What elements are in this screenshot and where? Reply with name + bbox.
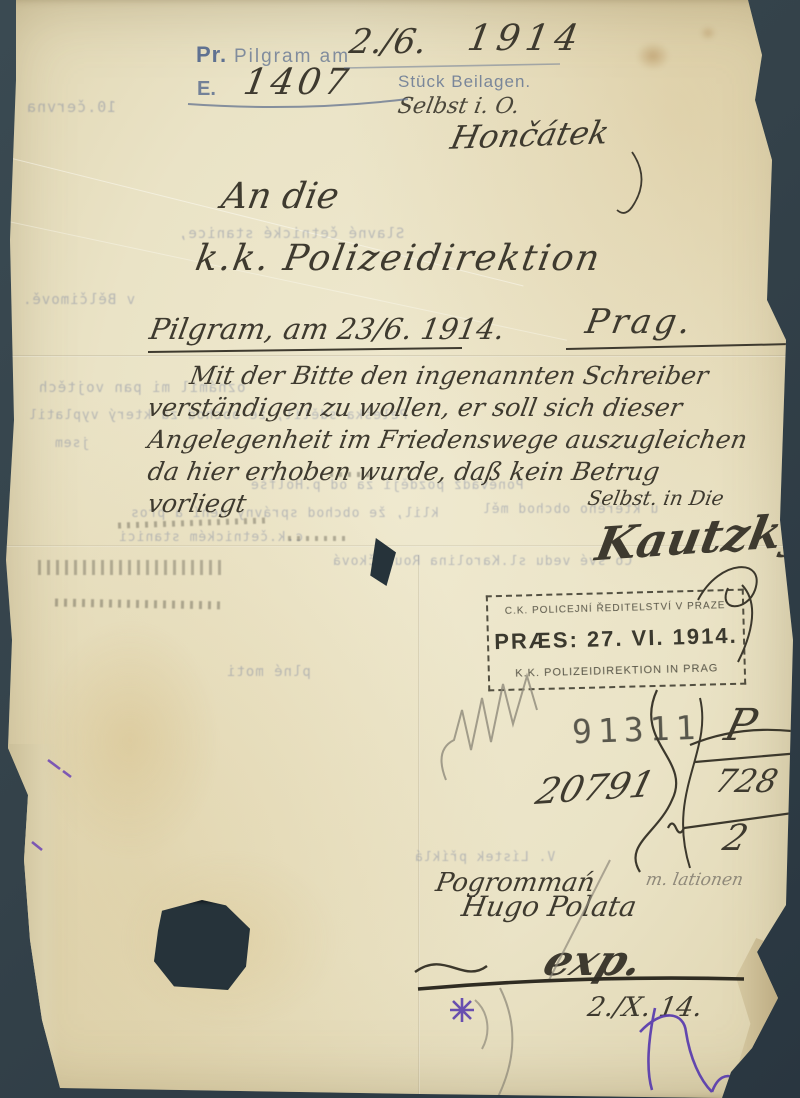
bleedthrough-text: jsem xyxy=(54,436,89,451)
address-line: An die xyxy=(218,176,342,217)
body-line: da hier erhoben wurde, daß kein Betrug xyxy=(145,456,800,488)
dateline-underline xyxy=(148,348,462,352)
handwritten-registry-number: 20791 xyxy=(532,764,659,813)
signature-flourish xyxy=(617,152,642,213)
arrival-stamp-beilagen: Stück Beilagen. xyxy=(398,72,531,92)
ink-smudge xyxy=(38,560,223,575)
handwritten-note: Selbst i. O. xyxy=(396,94,522,119)
bleedthrough-text: plné moti xyxy=(226,664,311,680)
bleedthrough-text: v Bělčimově. xyxy=(22,292,135,308)
arrival-stamp-e: E. xyxy=(197,78,216,101)
body-line: Angelegenheit im Friedenswege auszugleic… xyxy=(145,424,800,456)
address-line: k.k. Polizeidirektion xyxy=(192,238,604,279)
official-name: Hugo Polata xyxy=(459,890,639,923)
police-registry-stamp: C.K. POLICEJNÍ ŘEDITELSTVÍ V PRAZE PRÆS:… xyxy=(486,589,746,692)
torn-edge-right xyxy=(733,938,791,1094)
handwritten-file-number: 1407 xyxy=(240,62,355,103)
stamped-registry-number: 91311 xyxy=(571,708,702,751)
amount-rule xyxy=(695,753,800,762)
handwritten-p-mark: P xyxy=(720,700,762,751)
pencil-curve xyxy=(475,1000,487,1049)
pencil-scribble xyxy=(442,676,538,780)
pencil-curve xyxy=(498,988,512,1097)
ink-smudge xyxy=(55,599,225,610)
bleedthrough-text: c.k.četnickém stanici xyxy=(118,530,303,545)
handwritten-amount: 2 xyxy=(719,818,752,859)
dateline-destination: Prag. xyxy=(582,302,696,342)
paper-stain xyxy=(700,26,716,40)
handwritten-year: 1914 xyxy=(464,18,587,59)
purple-star-mark xyxy=(450,998,474,1022)
scanned-document: 10.červnaSlavné četnické stanice,v Bělči… xyxy=(0,0,800,1098)
dateline-underline xyxy=(566,344,794,349)
fold-crease xyxy=(418,555,420,1098)
clerk-signature: Hončátek xyxy=(447,113,612,156)
bleedthrough-text: V. Lístek příklá xyxy=(414,850,555,865)
paper-stain xyxy=(636,42,670,70)
expedit-mark: exp. xyxy=(537,936,651,985)
expedit-date: 2./X. 14. xyxy=(585,992,705,1023)
body-line: Mit der Bitte den ingenannten Schreiber xyxy=(145,360,800,392)
fold-crease xyxy=(0,355,800,357)
bleedthrough-text: 10.června xyxy=(26,98,116,116)
pencil-side-note: m. lationen xyxy=(644,870,744,890)
body-line: verständigen zu wollen, er soll sich die… xyxy=(145,392,800,424)
stamp-german-line: K.K. POLIZEIDIREKTION IN PRAG xyxy=(515,662,718,679)
stamp-rule-line xyxy=(344,64,560,68)
closing-note: Selbst. in Die xyxy=(586,486,726,510)
paper-stain xyxy=(40,620,220,860)
dateline-place-date: Pilgram, am 23/6. 1914. xyxy=(147,312,507,346)
ink-smudge xyxy=(288,536,350,541)
exp-swash xyxy=(415,964,487,972)
stamp-date-line: PRÆS: 27. VI. 1914. xyxy=(494,623,738,655)
handwritten-amount: 728 xyxy=(711,762,782,800)
handwritten-day: 2./6. xyxy=(346,22,429,62)
stamp-czech-line: C.K. POLICEJNÍ ŘEDITELSTVÍ V PRAZE xyxy=(505,600,726,617)
paper-sheet: 10.červnaSlavné četnické stanice,v Bělči… xyxy=(0,0,800,1098)
arrival-stamp-prefix: Pr. xyxy=(196,42,227,68)
